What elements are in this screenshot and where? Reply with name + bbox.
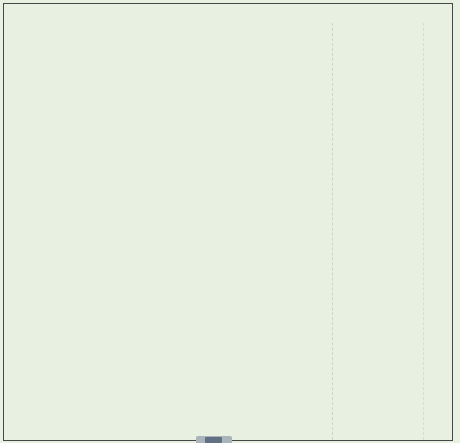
scrollbar-thumb[interactable] (205, 437, 222, 443)
vertical-gridline (423, 23, 424, 440)
scrollbar-track[interactable] (196, 436, 232, 443)
vertical-gridline (332, 23, 333, 440)
projects-table (3, 3, 453, 441)
spreadsheet-view (0, 0, 460, 443)
